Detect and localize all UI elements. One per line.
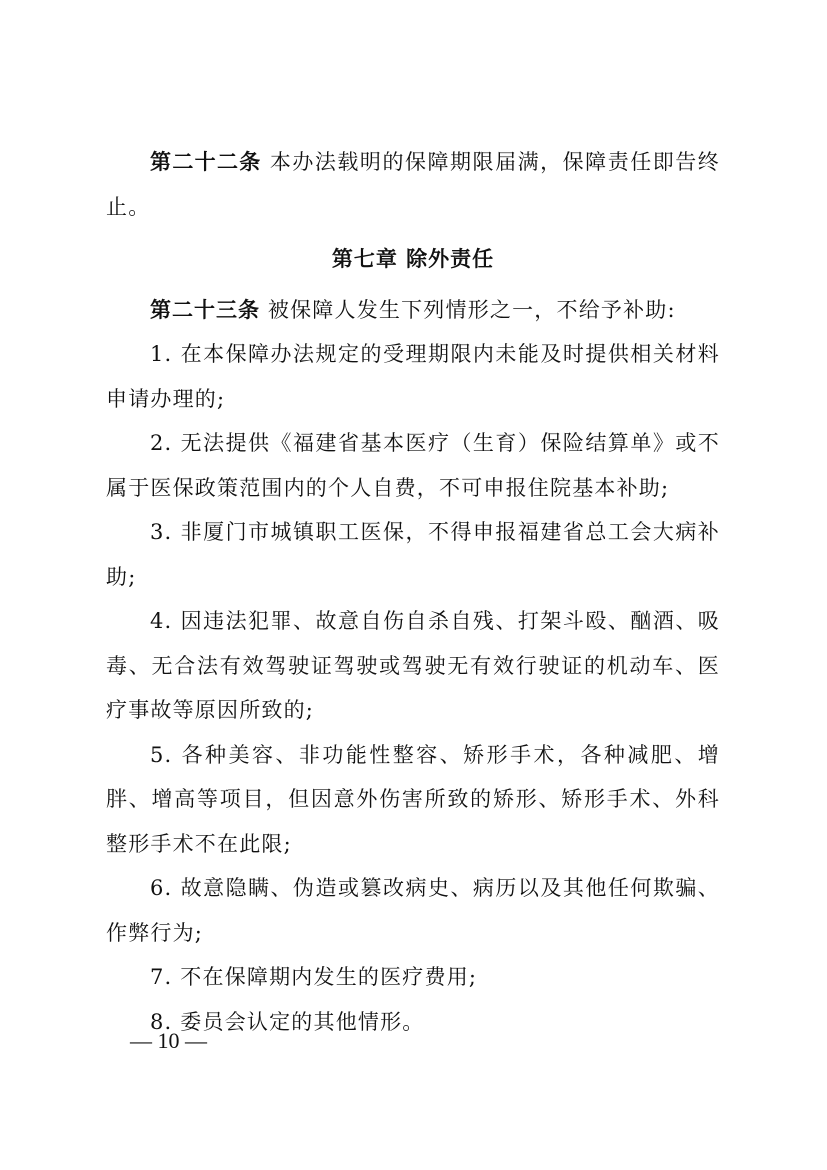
exclusion-item-7: 7. 不在保障期内发生的医疗费用;	[106, 955, 720, 1000]
exclusion-item-2: 2. 无法提供《福建省基本医疗（生育）保险结算单》或不属于医保政策范围内的个人自…	[106, 421, 720, 510]
document-page: 第二十二条 本办法载明的保障期限届满，保障责任即告终止。 第七章 除外责任 第二…	[106, 140, 720, 1044]
article-23-title: 第二十三条	[150, 298, 260, 322]
article-23-text: 被保障人发生下列情形之一，不给予补助:	[268, 298, 676, 322]
article-22-title: 第二十二条	[150, 150, 262, 174]
page-number: — 10 —	[130, 1028, 207, 1054]
exclusion-item-4: 4. 因违法犯罪、故意自伤自杀自残、打架斗殴、酗酒、吸毒、无合法有效驾驶证驾驶或…	[106, 599, 720, 733]
exclusion-item-6: 6. 故意隐瞒、伪造或篡改病史、病历以及其他任何欺骗、作弊行为;	[106, 866, 720, 955]
exclusion-item-1: 1. 在本保障办法规定的受理期限内未能及时提供相关材料申请办理的;	[106, 332, 720, 421]
article-22: 第二十二条 本办法载明的保障期限届满，保障责任即告终止。	[106, 140, 720, 229]
exclusion-item-3: 3. 非厦门市城镇职工医保，不得申报福建省总工会大病补助;	[106, 510, 720, 599]
exclusion-item-5: 5. 各种美容、非功能性整容、矫形手术，各种减肥、增胖、增高等项目，但因意外伤害…	[106, 733, 720, 867]
article-23: 第二十三条 被保障人发生下列情形之一，不给予补助:	[106, 288, 720, 333]
chapter-heading: 第七章 除外责任	[106, 237, 720, 282]
